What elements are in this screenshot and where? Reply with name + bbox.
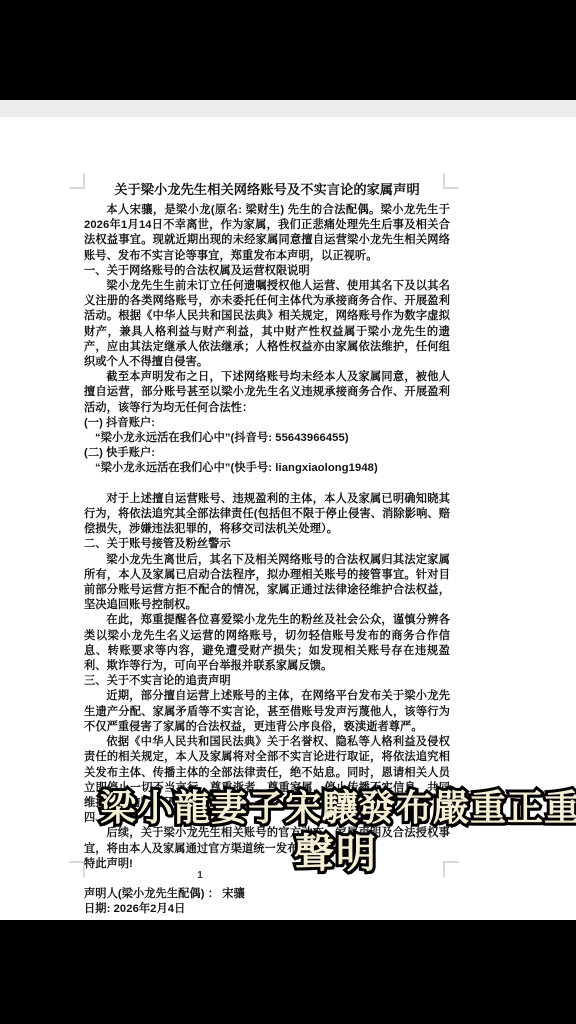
doc-paragraph: 声明人(梁小龙先生配偶) ： 宋骧 bbox=[84, 887, 450, 902]
doc-paragraph: 梁小龙先生离世后，其名下及相关网络账号的合法权属归其法定家属所有，本人及家属已启… bbox=[84, 553, 450, 614]
page-margin-mark-bottom-left bbox=[69, 861, 85, 877]
doc-paragraph: 在此，郑重提醒各位喜爱梁小龙先生的粉丝及社会公众，谨慎分辨各类以梁小龙先生名义运… bbox=[84, 613, 450, 674]
page-number: 1 bbox=[190, 870, 210, 881]
doc-paragraph: 对于上述擅自运营账号、违规盈利的主体，本人及家属已明确知晓其行为，将依法追究其全… bbox=[84, 492, 450, 538]
doc-paragraph: 近期，部分擅自运营上述账号的主体，在网络平台发布关于梁小龙先生遗产分配、家属矛盾… bbox=[84, 689, 450, 735]
doc-paragraph bbox=[84, 477, 450, 492]
doc-paragraph: 本人宋骧，是梁小龙(原名: 梁财生) 先生的合法配偶。梁小龙先生于2026年1月… bbox=[84, 203, 450, 264]
doc-paragraph: 依据《中华人民共和国民法典》关于名誉权、隐私等人格利益及侵权责任的相关规定，本人… bbox=[84, 735, 450, 811]
doc-paragraph: (一) 抖音账户: bbox=[84, 416, 450, 431]
doc-paragraph: 截至本声明发布之日，下述网络账号均未经本人及家属同意，被他人擅自运营，部分账号甚… bbox=[84, 370, 450, 416]
doc-paragraph: (二) 快手账户: bbox=[84, 446, 450, 461]
doc-paragraph bbox=[84, 872, 450, 887]
document-paragraphs: 本人宋骧，是梁小龙(原名: 梁财生) 先生的合法配偶。梁小龙先生于2026年1月… bbox=[84, 203, 450, 918]
doc-paragraph: 日期: 2026年2月4日 bbox=[84, 902, 450, 917]
doc-paragraph: 一、关于网络账号的合法权属及运营权限说明 bbox=[84, 264, 450, 279]
bottom-letterbox-bar bbox=[0, 920, 576, 1024]
doc-paragraph: 二、关于账号接管及粉丝警示 bbox=[84, 537, 450, 552]
document-title: 关于梁小龙先生相关网络账号及不实言论的家属声明 bbox=[84, 181, 450, 199]
top-letterbox-bar bbox=[0, 0, 576, 100]
doc-paragraph: 特此声明! bbox=[84, 857, 450, 872]
doc-paragraph: 梁小龙先生生前未订立任何遗嘱授权他人运营、使用其名下及以其名义注册的各类网络账号… bbox=[84, 279, 450, 370]
doc-paragraph: 四、附则 bbox=[84, 811, 450, 826]
video-frame: 关于梁小龙先生相关网络账号及不实言论的家属声明 本人宋骧，是梁小龙(原名: 梁财… bbox=[0, 0, 576, 1024]
doc-paragraph: “梁小龙永远活在我们心中”(快手号: liangxiaolong1948) bbox=[84, 461, 450, 476]
doc-paragraph: “梁小龙永远活在我们心中”(抖音号: 55643966455) bbox=[84, 431, 450, 446]
page-margin-mark-top-left bbox=[69, 173, 85, 189]
doc-paragraph: 后续，关于梁小龙先生相关账号的官方动态、家属声明及合法授权事宜，将由本人及家属通… bbox=[84, 826, 450, 856]
doc-paragraph: 三、关于不实言论的追责声明 bbox=[84, 674, 450, 689]
document-body: 关于梁小龙先生相关网络账号及不实言论的家属声明 本人宋骧，是梁小龙(原名: 梁财… bbox=[84, 181, 450, 918]
document-viewer-strip bbox=[0, 100, 576, 117]
